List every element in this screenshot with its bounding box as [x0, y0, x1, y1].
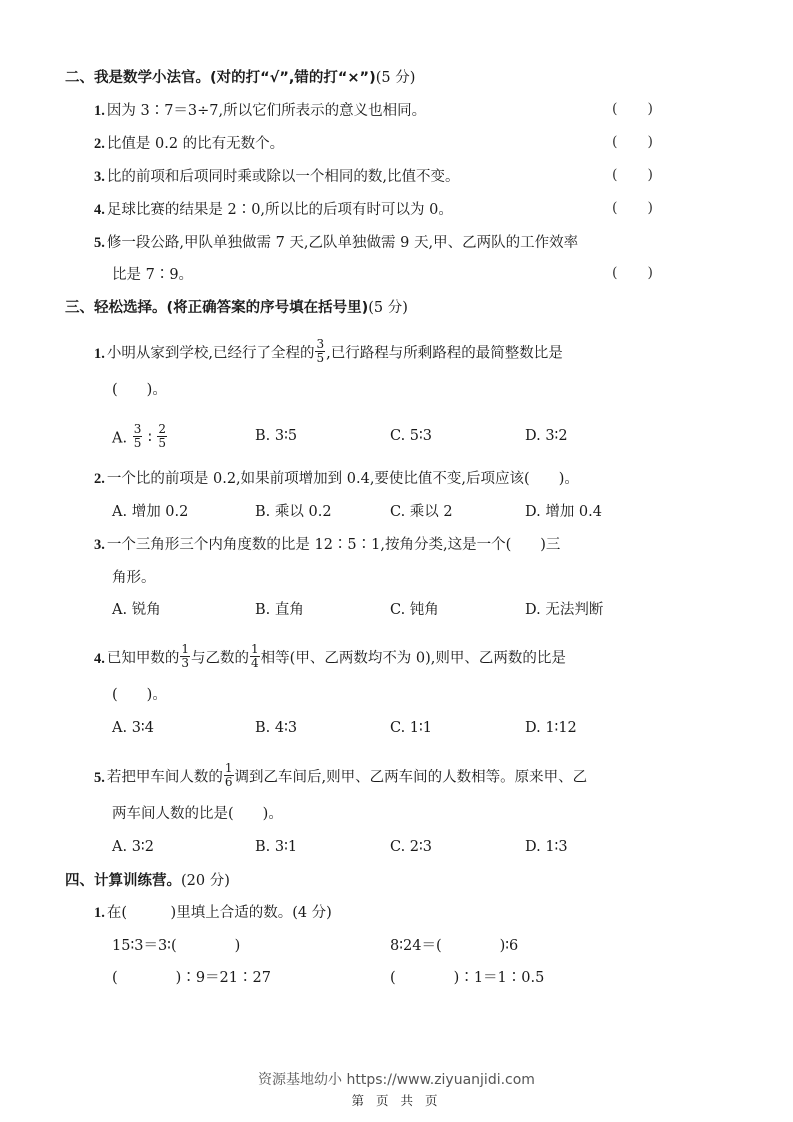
s4-eq-4[interactable]: ( )∶1＝1∶0.5	[390, 968, 544, 988]
s3-q3-option-b[interactable]: B. 直角	[255, 600, 304, 620]
s3-q5: 5.若把甲车间人数的16调到乙车间后,则甲、乙两车间的人数相等。原来甲、乙	[94, 764, 587, 791]
s3-q3-option-d[interactable]: D. 无法判断	[525, 600, 603, 620]
s3-q1: 1.小明从家到学校,已经行了全程的35,已行路程与所剩路程的最简整数比是	[94, 340, 563, 367]
s3-q4-option-c[interactable]: C. 1∶1	[390, 718, 432, 738]
s3-q5-option-c[interactable]: C. 2∶3	[390, 837, 432, 857]
s3-q1-blank[interactable]: ( )。	[112, 380, 167, 400]
fraction: 14	[250, 643, 260, 670]
s2-answer-3[interactable]: ()	[612, 167, 653, 183]
s4-eq-1[interactable]: 15∶3＝3∶( )	[112, 936, 240, 956]
s2-answer-4[interactable]: ()	[612, 200, 653, 216]
footer-page-number: 第 页 共 页	[0, 1091, 793, 1109]
s3-q4-option-a[interactable]: A. 3∶4	[112, 718, 154, 738]
s3-q5-option-a[interactable]: A. 3∶2	[112, 837, 154, 857]
s4-eq-3[interactable]: ( )∶9＝21∶27	[112, 968, 271, 988]
section2-heading: 二、我是数学小法官。(对的打“√”,错的打“×”)(5 分)	[65, 68, 415, 88]
s2-answer-1[interactable]: ()	[612, 101, 653, 117]
s3-q3-option-a[interactable]: A. 锐角	[112, 600, 161, 620]
s3-q5-cont: 两车间人数的比是( )。	[112, 804, 283, 824]
fraction: 35	[315, 338, 325, 365]
s3-q1-option-c[interactable]: C. 5∶3	[390, 426, 432, 446]
s2-item-5-cont: 比是 7∶9。	[112, 265, 193, 285]
s3-q2-option-b[interactable]: B. 乘以 0.2	[255, 502, 332, 522]
s3-q2-option-c[interactable]: C. 乘以 2	[390, 502, 453, 522]
s3-q3-cont: 角形。	[112, 568, 156, 588]
s2-item-2: 2.比值是 0.2 的比有无数个。	[94, 134, 284, 154]
fraction: 25	[157, 423, 167, 450]
s3-q4: 4.已知甲数的13与乙数的14相等(甲、乙两数均不为 0),则甲、乙两数的比是	[94, 645, 566, 672]
s3-q1-option-b[interactable]: B. 3∶5	[255, 426, 297, 446]
s2-item-4: 4.足球比赛的结果是 2∶0,所以比的后项有时可以为 0。	[94, 200, 453, 220]
section3-heading: 三、轻松选择。(将正确答案的序号填在括号里)(5 分)	[65, 298, 408, 318]
s3-q4-option-b[interactable]: B. 4∶3	[255, 718, 297, 738]
s3-q5-option-d[interactable]: D. 1∶3	[525, 837, 568, 857]
s3-q2-option-a[interactable]: A. 增加 0.2	[112, 502, 188, 522]
s3-q3: 3.一个三角形三个内角度数的比是 12∶5∶1,按角分类,这是一个( )三	[94, 535, 560, 555]
s2-item-1: 1.因为 3∶7＝3÷7,所以它们所表示的意义也相同。	[94, 101, 426, 121]
s3-q4-option-d[interactable]: D. 1∶12	[525, 718, 577, 738]
fraction: 16	[224, 762, 234, 789]
s2-item-3: 3.比的前项和后项同时乘或除以一个相同的数,比值不变。	[94, 167, 459, 187]
s3-q2: 2.一个比的前项是 0.2,如果前项增加到 0.4,要使比值不变,后项应该( )…	[94, 469, 579, 489]
s4-q1: 1.在( )里填上合适的数。(4 分)	[94, 903, 332, 923]
s2-item-5: 5.修一段公路,甲队单独做需 7 天,乙队单独做需 9 天,甲、乙两队的工作效率	[94, 233, 578, 253]
s3-q1-option-d[interactable]: D. 3∶2	[525, 426, 568, 446]
s3-q3-option-c[interactable]: C. 钝角	[390, 600, 439, 620]
s3-q5-option-b[interactable]: B. 3∶1	[255, 837, 297, 857]
s2-answer-2[interactable]: ()	[612, 134, 653, 150]
fraction: 35	[133, 423, 143, 450]
fraction: 13	[180, 643, 190, 670]
section4-heading: 四、计算训练营。(20 分)	[65, 871, 230, 891]
s3-q1-option-a[interactable]: A. 35 ∶ 25	[112, 425, 168, 452]
s2-answer-5[interactable]: ()	[612, 265, 653, 281]
s4-eq-2[interactable]: 8∶24＝( )∶6	[390, 936, 518, 956]
s3-q2-option-d[interactable]: D. 增加 0.4	[525, 502, 602, 522]
footer-watermark: 资源基地幼小 https://www.ziyuanjidi.com	[0, 1069, 793, 1089]
s3-q4-blank[interactable]: ( )。	[112, 685, 167, 705]
